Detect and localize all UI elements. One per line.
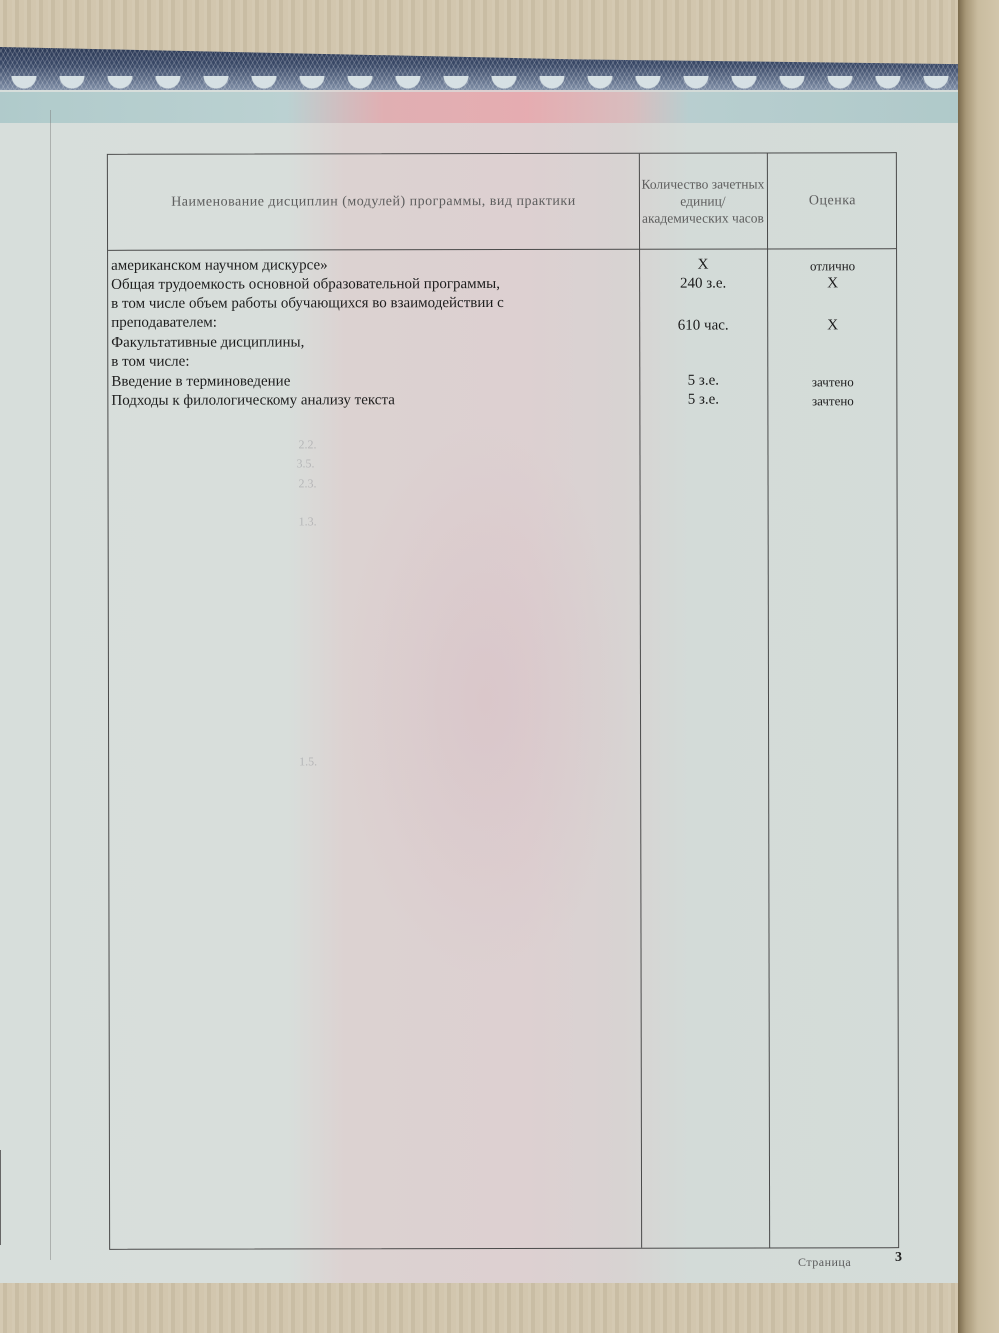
discipline-name: Подходы к филологическому анализу текста (111, 392, 395, 410)
show-through-mark: 2.2. (298, 437, 316, 452)
header-credits-hours: Количество зачетных единиц/ академически… (639, 153, 767, 248)
show-through-mark: 3.5. (296, 456, 314, 471)
header-discipline-name: Наименование дисциплин (модулей) програм… (108, 154, 639, 250)
table-row: в том числе: (108, 352, 896, 374)
disciplines-table: Наименование дисциплин (модулей) програм… (107, 152, 899, 1250)
grade-value: X (767, 275, 898, 292)
discipline-name: американском научном дискурсе» (111, 257, 328, 274)
discipline-name: Общая трудоемкость основной образователь… (111, 276, 500, 294)
grade-value: X (767, 317, 898, 334)
table-header: Наименование дисциплин (модулей) програм… (108, 153, 896, 251)
discipline-name: Введение в терминоведение (111, 373, 290, 390)
discipline-name: в том числе: (111, 354, 189, 371)
grade-value: зачтено (767, 393, 898, 409)
header-grade: Оценка (767, 153, 898, 248)
credits-value: 5 з.е. (639, 391, 767, 408)
security-pattern-border (0, 28, 958, 123)
grade-value: зачтено (767, 374, 898, 390)
table-row: Подходы к филологическому анализу текста… (108, 391, 896, 413)
credits-value: X (639, 256, 767, 273)
discipline-name: преподавателем: (111, 315, 217, 332)
page-label: Страница (798, 1255, 851, 1270)
page-edge-line (0, 1150, 1, 1245)
grade-value: отлично (767, 258, 898, 274)
table-row: преподавателем: 610 час. X (108, 313, 896, 335)
show-through-mark: 2.3. (299, 476, 317, 491)
show-through-mark: 1.5. (299, 754, 317, 769)
hours-value: 610 час. (639, 317, 767, 334)
background-wall (958, 0, 999, 1333)
discipline-name: в том числе объем работы обучающихся во … (111, 295, 504, 313)
credits-value: 240 з.е. (639, 275, 767, 292)
credits-value: 5 з.е. (639, 372, 767, 389)
page-fold-line (50, 110, 51, 1260)
discipline-name: Факультативные дисциплины, (111, 334, 304, 351)
show-through-mark: 1.3. (299, 514, 317, 529)
guilloche-light-band (0, 92, 958, 123)
page-number: 3 (895, 1250, 902, 1266)
